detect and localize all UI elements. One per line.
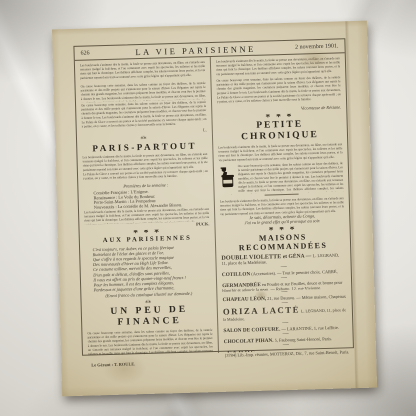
couplet-lines: Je sais, désormais, acheter du Congo, J'… [220,213,344,226]
paragraph: On cause beaucoup cette semaine, dans le… [80,81,205,102]
paragraph-text: On cause beaucoup cette semaine, dans le… [80,81,205,102]
section-divider [265,194,299,196]
paragraph-text: On cause beaucoup cette semaine, dans le… [87,328,213,357]
paragraph-text: Les boulevards s'animent dès le matin, l… [218,142,342,162]
section-title-maisons-recommandees: MAISONS RECOMMANDÉES [221,231,345,252]
advert-poem: C'est toujours, rue Auber, en ce palais … [85,244,211,293]
advert-detail: 5, Faubourg Saint-Honoré, Paris. [274,336,333,343]
paragraph: Les boulevards s'animent dès le matin, l… [218,142,342,163]
paragraph-text: Les boulevards s'animent dès le matin, l… [216,56,340,76]
advert-brand: ORIZA LACTÉ [223,306,300,317]
section-title-paris-partout: PARIS-PARTOUT [82,140,207,153]
issue-date: 2 novembre 1901. [272,43,338,51]
illustrated-paragraph: On cause beaucoup cette semaine, dans le… [219,161,344,194]
paragraph-text: On cause beaucoup cette semaine, dans le… [220,161,344,194]
paragraph: Les boulevards s'animent dès le matin, l… [216,56,340,77]
jar-figure-illustration [219,165,235,189]
advert-brand: CHOCOLAT PIHAN. [224,337,274,345]
page-frame: 626 LA VIE PARISIENNE 2 novembre 1901. L… [73,38,354,355]
newspaper-page: 626 LA VIE PARISIENNE 2 novembre 1901. L… [52,21,377,397]
right-column: Les boulevards s'animent dès le matin, l… [210,53,353,353]
theatre-program-lines: Comédie-Française : L'Énigme. Renaissanc… [83,188,208,209]
advert-brand-secondary: et GÉNA — [281,252,312,259]
left-column: Les boulevards s'animent dès le matin, l… [75,57,218,357]
paragraph: Les boulevards s'animent dès le matin, l… [80,60,206,83]
paragraph: On cause beaucoup cette semaine, dans le… [87,328,213,357]
columns: Les boulevards s'animent dès le matin, l… [75,53,353,356]
theatre-program-list: Comédie-Française : L'Énigme. Renaissanc… [83,188,208,209]
manager-credit-text: Le Gérant : T. ROULE. [91,361,186,368]
manager-credit: Le Gérant : T. ROULE. [91,361,186,372]
page-number: 626 [81,49,119,56]
illustrated-paragraph-content: On cause beaucoup cette semaine, dans le… [219,161,344,194]
photo-background: 626 LA VIE PARISIENNE 2 novembre 1901. L… [0,0,416,416]
section-title-petite-chronique: PETITE CHRONIQUE [218,118,343,143]
section-title-finance: UN PEU DE FINANCE [87,304,213,329]
paragraph-text: Les boulevards s'animent dès le matin, l… [80,60,205,80]
poem-lines: C'est toujours, rue Auber, en ce palais … [85,244,211,293]
